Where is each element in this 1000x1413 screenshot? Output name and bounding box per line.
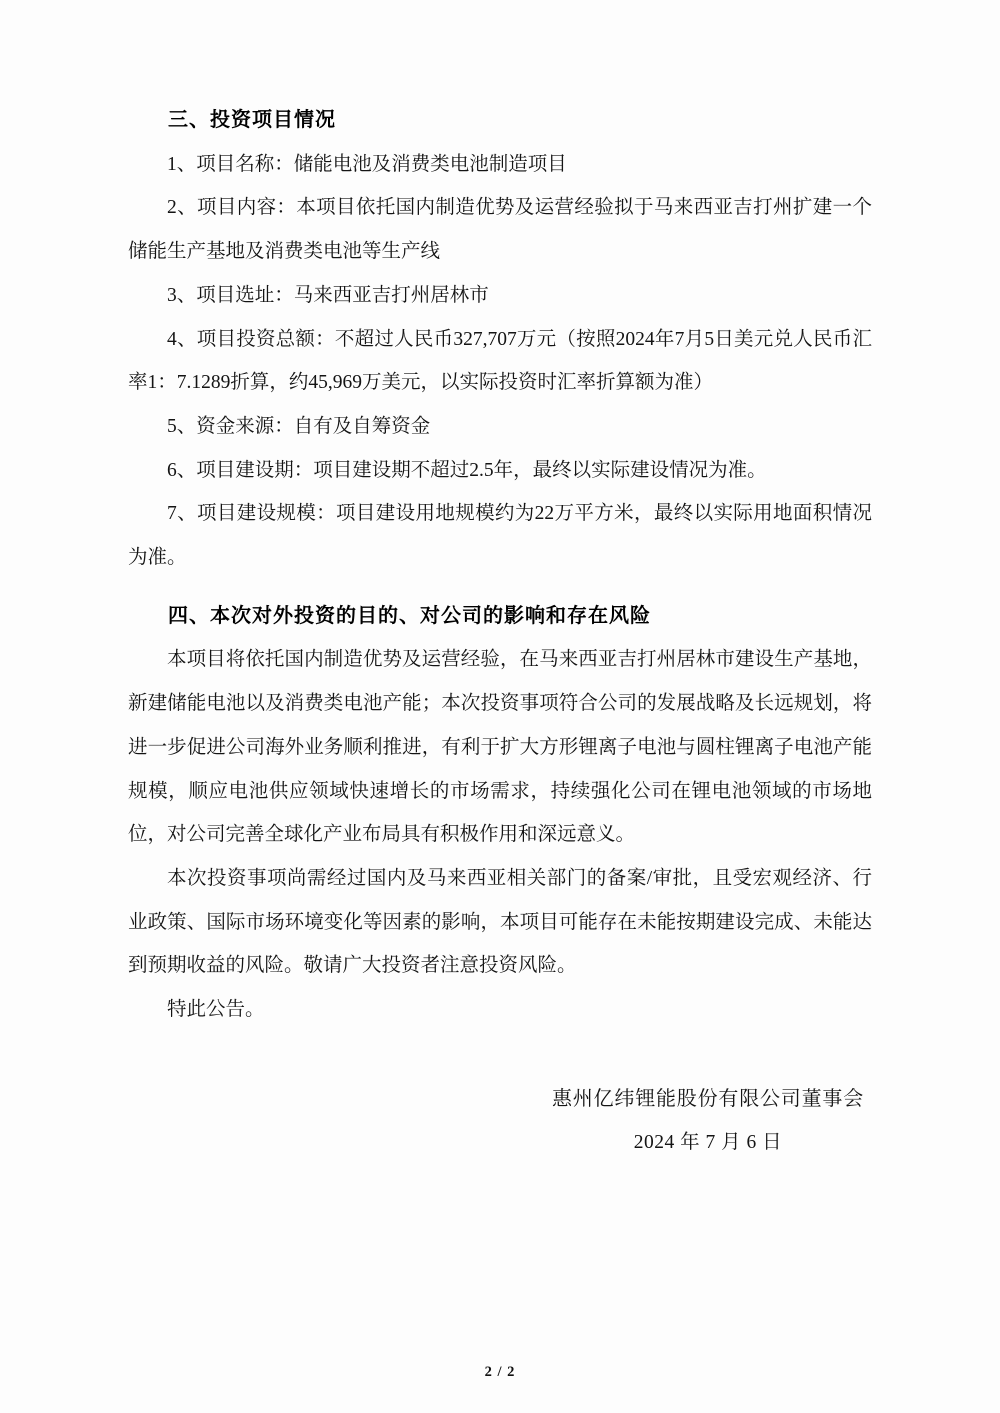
section4-paragraph-1: 本项目将依托国内制造优势及运营经验，在马来西亚吉打州居林市建设生产基地，新建储能… bbox=[128, 638, 872, 857]
section3-item-6: 6、项目建设期：项目建设期不超过2.5年，最终以实际建设情况为准。 bbox=[128, 449, 872, 493]
section4-paragraph-2: 本次投资事项尚需经过国内及马来西亚相关部门的备案/审批，且受宏观经济、行业政策、… bbox=[128, 857, 872, 988]
page-number: 2 / 2 bbox=[0, 1364, 1000, 1381]
section3-item-1: 1、项目名称：储能电池及消费类电池制造项目 bbox=[128, 143, 872, 187]
signature-block: 惠州亿纬锂能股份有限公司董事会 2024 年 7 月 6 日 bbox=[128, 1078, 872, 1165]
document-page: 三、投资项目情况 1、项目名称：储能电池及消费类电池制造项目 2、项目内容：本项… bbox=[0, 0, 1000, 1413]
document-content: 三、投资项目情况 1、项目名称：储能电池及消费类电池制造项目 2、项目内容：本项… bbox=[128, 99, 872, 1165]
section3-item-3: 3、项目选址：马来西亚吉打州居林市 bbox=[128, 274, 872, 318]
section3-item-4: 4、项目投资总额：不超过人民币327,707万元（按照2024年7月5日美元兑人… bbox=[128, 318, 872, 405]
section4-heading: 四、本次对外投资的目的、对公司的影响和存在风险 bbox=[128, 595, 872, 639]
section3-item-7: 7、项目建设规模：项目建设用地规模约为22万平方米，最终以实际用地面积情况为准。 bbox=[128, 492, 872, 579]
section3-item-2: 2、项目内容：本项目依托国内制造优势及运营经验拟于马来西亚吉打州扩建一个储能生产… bbox=[128, 186, 872, 273]
section3-item-5: 5、资金来源：自有及自筹资金 bbox=[128, 405, 872, 449]
signature-inner: 惠州亿纬锂能股份有限公司董事会 2024 年 7 月 6 日 bbox=[552, 1078, 864, 1165]
closing-statement: 特此公告。 bbox=[128, 988, 872, 1032]
signature-company: 惠州亿纬锂能股份有限公司董事会 bbox=[552, 1078, 864, 1122]
section3-heading: 三、投资项目情况 bbox=[128, 99, 872, 143]
signature-date: 2024 年 7 月 6 日 bbox=[552, 1121, 864, 1165]
